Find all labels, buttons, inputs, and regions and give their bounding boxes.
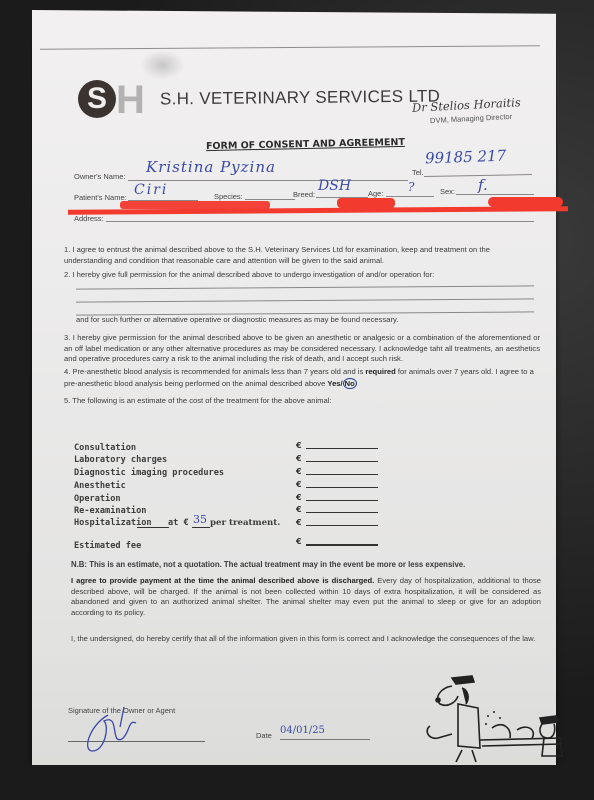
anesthetic-amount-line[interactable] [306, 487, 378, 488]
sex-label: Sex: [440, 187, 455, 196]
owner-name-value[interactable]: Kristina Pyzina [146, 158, 276, 176]
cost-label: Consultation [74, 443, 136, 453]
cost-label: Laboratory charges [74, 455, 167, 465]
hospitalization-amount-line[interactable] [306, 525, 378, 526]
owner-name-line [128, 180, 408, 181]
clause-3: 3. I hereby give permission for the anim… [64, 333, 540, 365]
clause-4-required: required [365, 367, 395, 376]
sex-line [456, 194, 534, 195]
paper-smudge [140, 50, 185, 80]
dog-vet-cartoon-icon [422, 668, 572, 768]
euro-sign: € [296, 454, 302, 463]
imaging-amount-line[interactable] [306, 474, 378, 475]
company-logo: S H [78, 80, 150, 118]
reexamination-amount-line[interactable] [306, 512, 378, 513]
species-line [245, 199, 295, 200]
hospitalization-rate-line [192, 527, 210, 528]
blood-analysis-no-circled[interactable]: No [343, 378, 357, 389]
euro-sign: € [296, 518, 302, 527]
date-line [280, 739, 370, 740]
species-label: Species: [214, 192, 243, 201]
euro-sign: € [296, 537, 302, 546]
euro-sign: € [296, 505, 302, 514]
redaction-stroke [337, 198, 395, 208]
payment-clause: I agree to provide payment at the time t… [71, 576, 541, 618]
company-name: S.H. VETERINARY SERVICES LTD [160, 87, 440, 110]
clause-4: 4. Pre-anesthetic blood analysis is reco… [64, 367, 542, 389]
redaction-stroke [488, 197, 563, 207]
cost-label: Operation [74, 494, 121, 504]
euro-sign: € [296, 441, 302, 450]
hospitalization-rate-prefix: at € [168, 518, 189, 528]
blood-analysis-yes[interactable]: Yes/ [327, 379, 342, 388]
owner-signature [80, 705, 150, 755]
clause-2: 2. I hereby give full permission for the… [64, 270, 540, 281]
hospitalization-rate-suffix: per treatment. [210, 518, 280, 528]
tel-label: Tel. [412, 168, 424, 177]
age-line [386, 196, 434, 197]
hospitalization-days-line [137, 527, 169, 528]
tel-value[interactable]: 99185 217 [425, 147, 507, 168]
clause-2-tail: and for such further or alternative oper… [76, 315, 536, 326]
nb-note: N.B: This is an estimate, not a quotatio… [71, 560, 541, 571]
date-value[interactable]: 04/01/25 [280, 725, 325, 736]
breed-value[interactable]: DSH [318, 178, 351, 194]
certification-statement: I, the undersigned, do hereby certify th… [71, 634, 541, 645]
hospitalization-rate-value[interactable]: 35 [193, 513, 207, 526]
patient-name-label: Patient's Name: [74, 193, 127, 202]
estimated-fee-label: Estimated fee [74, 541, 141, 551]
payment-clause-bold: I agree to provide payment at the time t… [71, 576, 374, 585]
patient-name-value[interactable]: Ciri [134, 182, 168, 198]
euro-sign: € [296, 493, 302, 502]
address-label: Address: [74, 214, 104, 223]
euro-sign: € [296, 467, 302, 476]
sex-value[interactable]: f. [478, 176, 488, 194]
consultation-amount-line[interactable] [306, 448, 378, 449]
breed-label: Breed: [293, 190, 315, 199]
lab-charges-amount-line[interactable] [306, 461, 378, 462]
clause-4-text: 4. Pre-anesthetic blood analysis is reco… [64, 367, 365, 376]
owner-name-label: Owner's Name: [74, 172, 125, 181]
cost-label: Re-examination [74, 506, 146, 516]
clause-5: 5. The following is an estimate of the c… [64, 396, 540, 407]
age-value[interactable]: ? [408, 180, 414, 194]
estimated-fee-amount-line[interactable] [306, 544, 378, 546]
euro-sign: € [296, 480, 302, 489]
cost-label: Diagnostic imaging procedures [74, 468, 224, 478]
cost-label: Anesthetic [74, 481, 126, 491]
address-line [106, 221, 534, 222]
clause-1: 1. I agree to entrust the animal describ… [64, 245, 540, 266]
age-label: Age: [368, 189, 383, 198]
operation-amount-line[interactable] [306, 500, 378, 501]
logo-h-mark: H [116, 78, 145, 123]
logo-s-mark: S [78, 80, 116, 118]
date-label: Date [256, 731, 272, 740]
redaction-stroke [120, 201, 270, 209]
